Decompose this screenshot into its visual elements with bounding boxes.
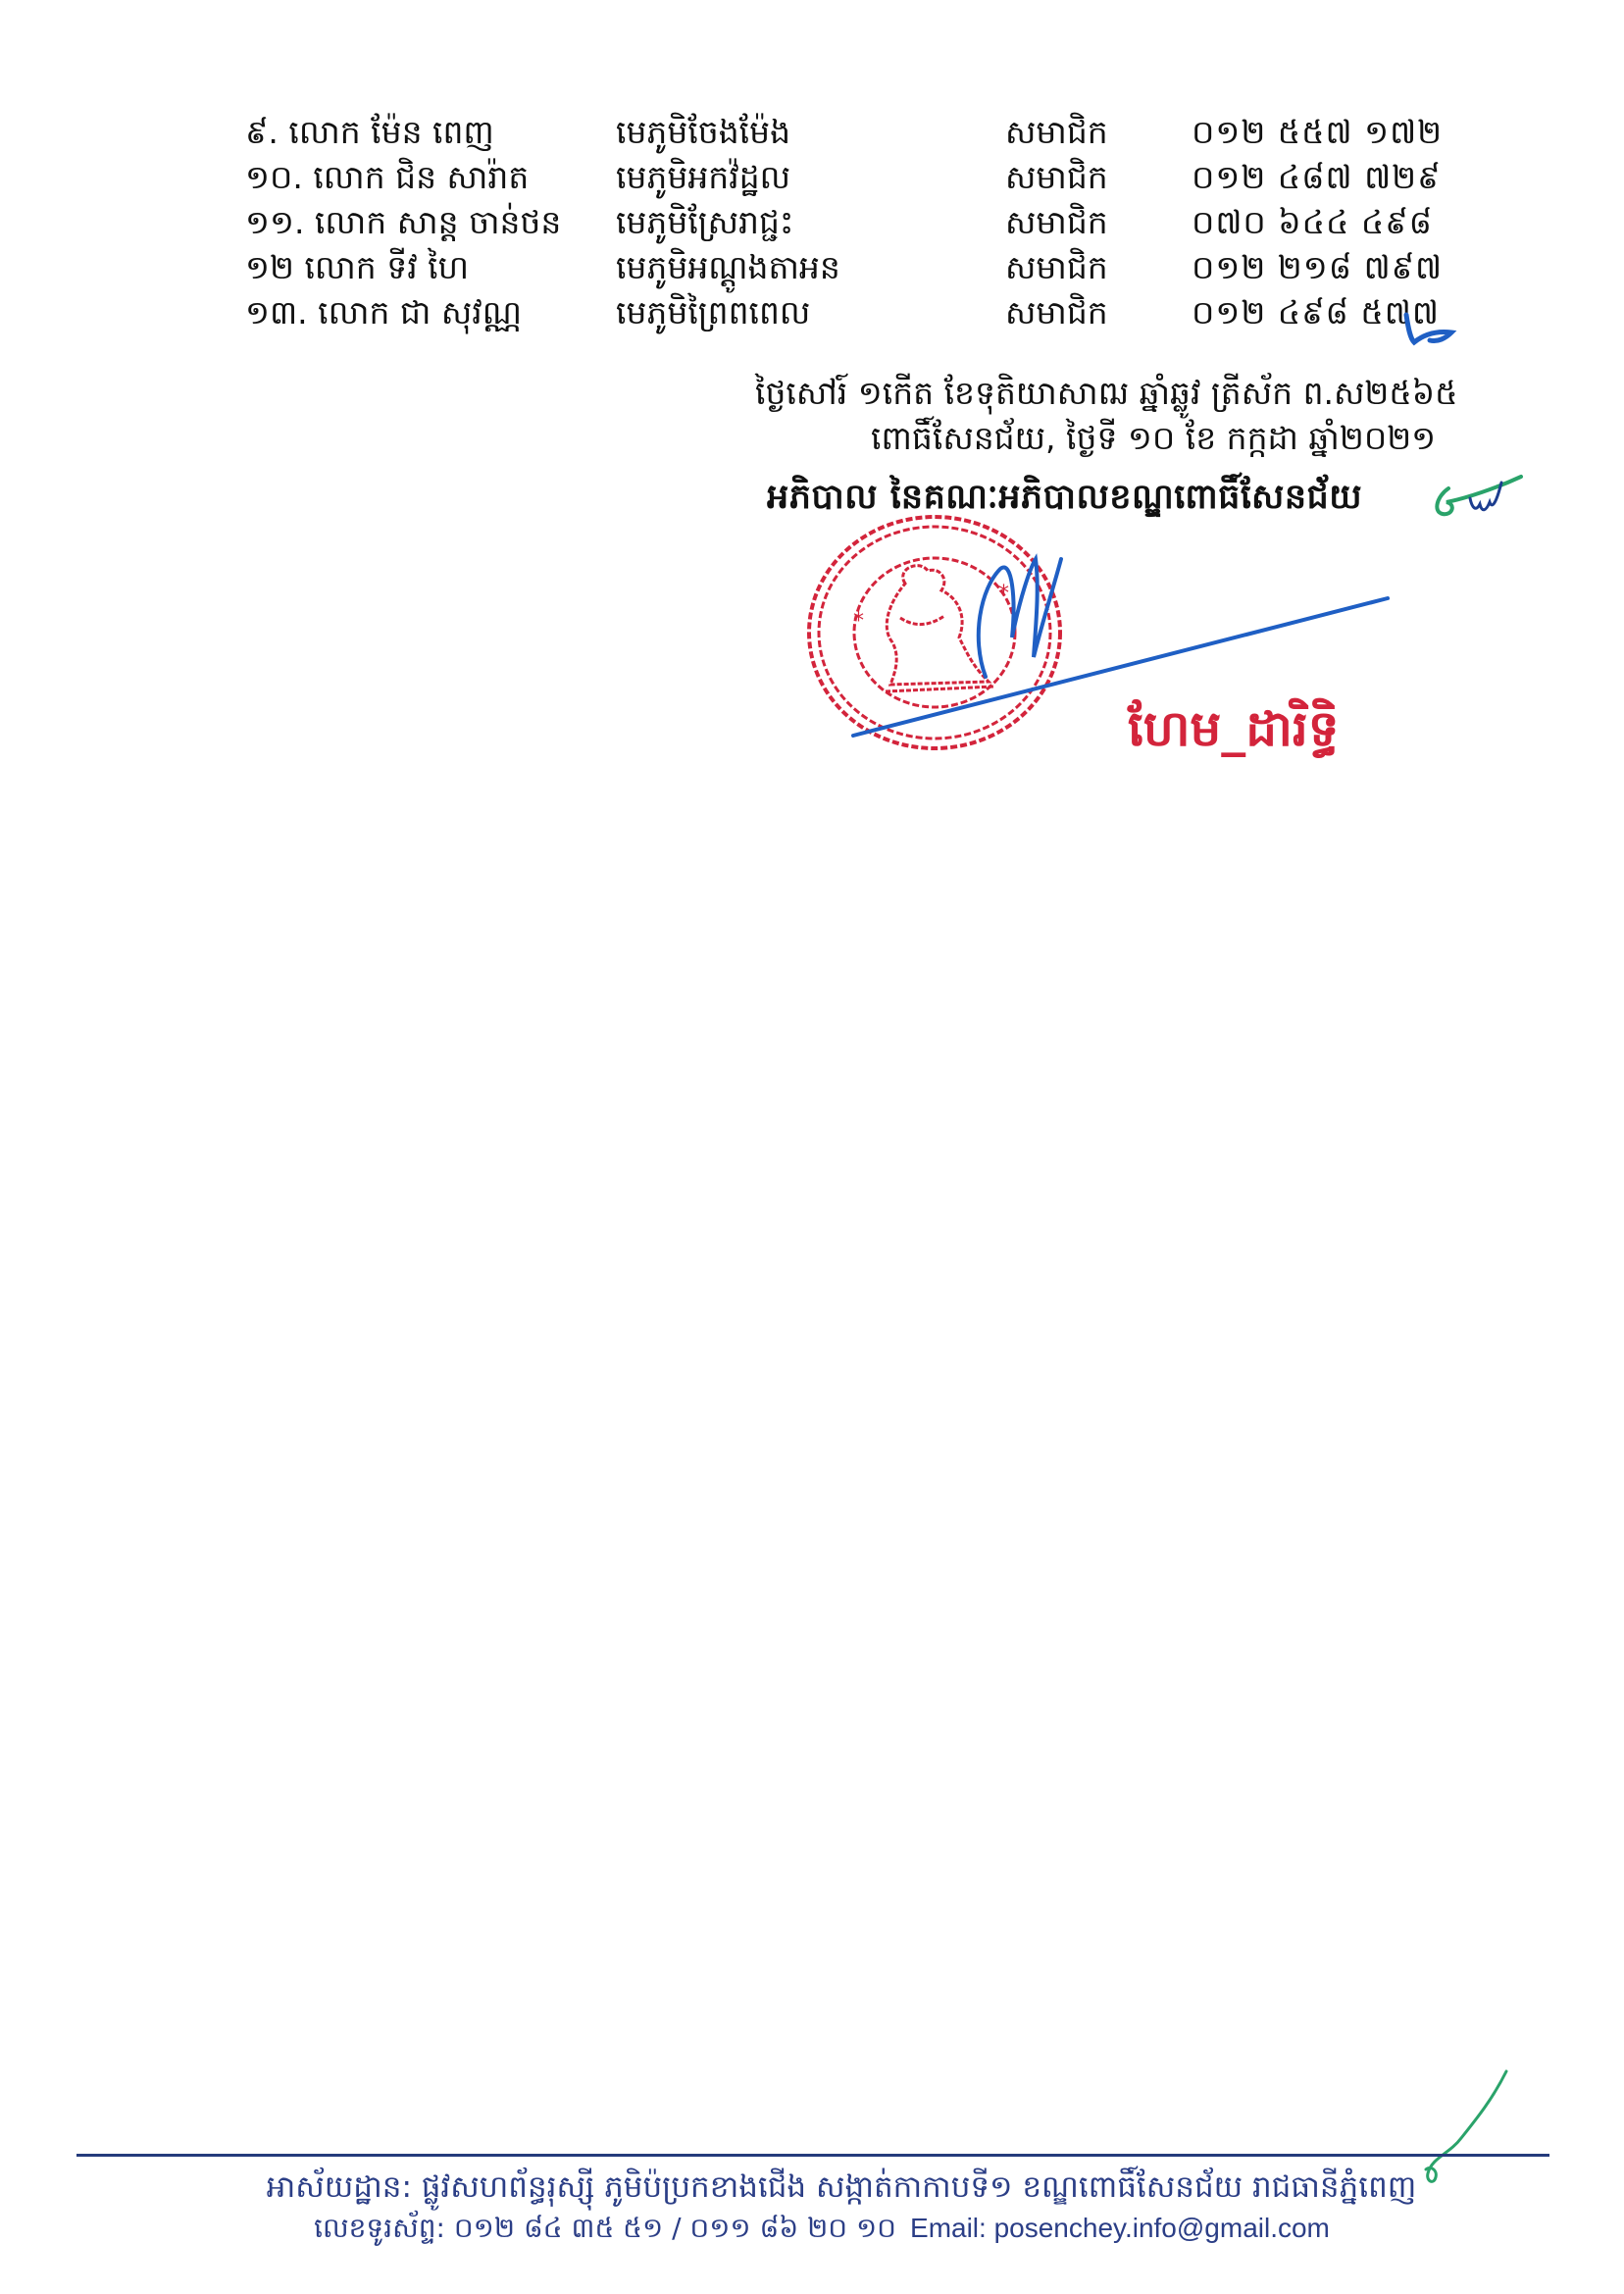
footer-email: Email: posenchey.info@gmail.com: [910, 2213, 1330, 2243]
footer: អាស័យដ្ឋាន: ផ្លូវសហព័ន្ធរុស្ស៊ី ភូមិប៉ប្…: [0, 2166, 1624, 2248]
member-role: សមាជិក: [1005, 200, 1108, 245]
member-name: ១២ លោក ទីវ ហៃ: [245, 245, 469, 290]
member-role: សមាជិក: [1005, 155, 1108, 200]
member-village: មេភូមិស្រែរាជ្ជះ: [616, 200, 793, 245]
member-role: សមាជិក: [1005, 110, 1108, 155]
member-village: មេភូមិចែងម៉ែង: [616, 110, 790, 155]
footer-divider: [76, 2154, 1549, 2157]
footer-address: អាស័យដ្ឋាន: ផ្លូវសហព័ន្ធរុស្ស៊ី ភូមិប៉ប្…: [0, 2166, 1624, 2209]
member-village: មេភូមិព្រៃពពេល: [616, 290, 810, 335]
date-block: ថ្ងៃសៅរ៍ ១កើត ខែទុតិយាសាឍ ឆ្នាំឆ្លូវ ត្រ…: [755, 371, 1458, 461]
member-phone: ០១២ ៥៥៧ ១៧២: [1192, 110, 1443, 155]
member-name: ១០. លោក ជិន សារ៉ាត: [245, 155, 529, 200]
member-village: មេភូមិអកវ៉ដ្ឋល: [616, 155, 790, 200]
member-role: សមាជិក: [1005, 290, 1108, 335]
member-phone: ០១២ ២១៨ ៧៩៧: [1192, 245, 1443, 290]
footer-phone: លេខទូរស័ព្ទ: ០១២ ៨៤ ៣៥ ៥១ / ០១១ ៨៦ ២០ ១០: [314, 2212, 896, 2244]
solar-date: ពោធិ៍សែនជ័យ, ថ្ងៃទី ១០ ខែ កក្កដា ឆ្នាំ២០…: [755, 416, 1458, 461]
green-initial-icon: [1427, 469, 1525, 528]
signer-name: ហែម_ដារិទ្ធិ: [1128, 698, 1339, 770]
lunar-date: ថ្ងៃសៅរ៍ ១កើត ខែទុតិយាសាឍ ឆ្នាំឆ្លូវ ត្រ…: [755, 371, 1458, 416]
member-village: មេភូមិអណ្តូងតាអន: [616, 245, 840, 290]
member-name: ១៣. លោក ជា សុវណ្ណ: [245, 290, 522, 335]
footer-contact: លេខទូរស័ព្ទ: ០១២ ៨៤ ៣៥ ៥១ / ០១១ ៨៦ ២០ ១០…: [0, 2209, 1624, 2248]
blue-initial-mark-icon: [1402, 309, 1461, 348]
member-name: ១១. លោក សាន្ត ចាន់ថន: [245, 200, 561, 245]
member-role: សមាជិក: [1005, 245, 1108, 290]
member-name: ៩. លោក ម៉ែន ពេញ: [245, 110, 494, 155]
member-phone: ០១២ ៤៨៧ ៧២៩: [1192, 155, 1442, 200]
member-phone: ០៧០ ៦៤៤ ៤៩៨: [1192, 200, 1433, 245]
